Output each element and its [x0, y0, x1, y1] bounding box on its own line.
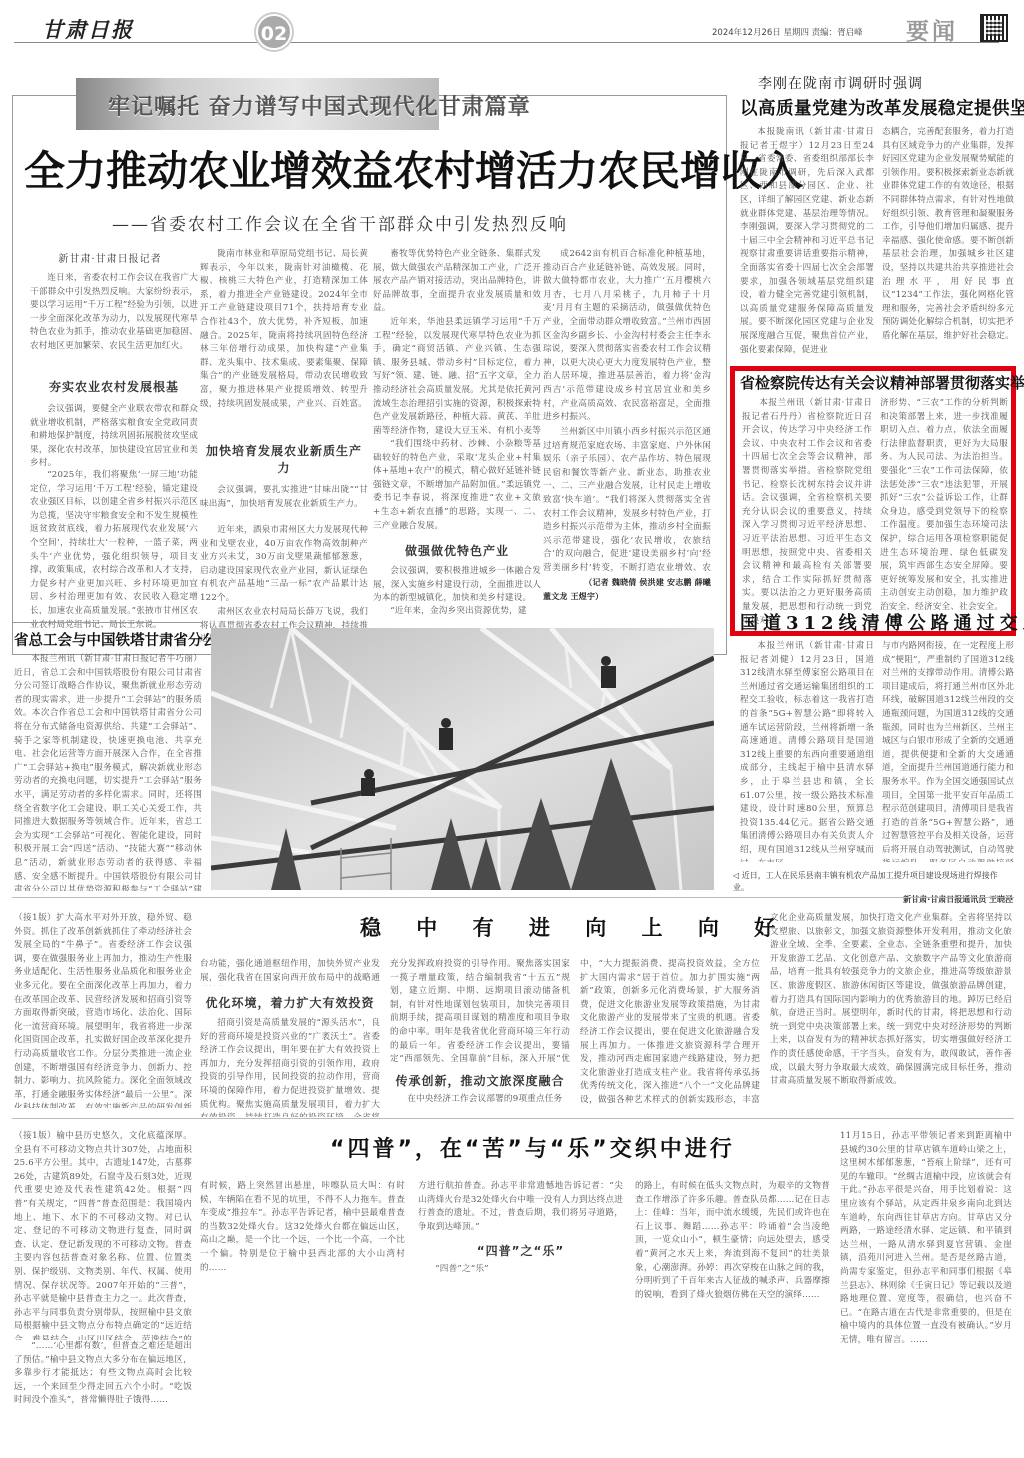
paragraph: 台功能，强化通道枢纽作用，加快外贸产业发展，强化我省在国家向西开放布局中的战略通… [200, 958, 380, 986]
lead-column-2: 陇南市林业和草原局党组书记、局长黄辉表示，今年以来，陇南针对油橄榄、花椒、核桃三… [200, 248, 368, 661]
banner-slogan: 牢记嘱托 奋力谱写中国式现代化甘肃篇章 [108, 90, 531, 121]
section3-column-3: 方进行航拍普查。孙志平非常遗憾地告诉记者：“尖山湾烽火台是32处烽火台中唯一没有… [418, 1180, 623, 1443]
paragraph: 陇南市林业和草原局党组书记、局长黄辉表示，今年以来，陇南针对油橄榄、花椒、核桃三… [200, 248, 368, 438]
paragraph: 充分发挥政府投资的引导作用。聚焦落实国家一揽子增量政策，结合编制我省“十五五”规… [390, 958, 570, 1066]
right-article-column-2: 态耦合，完善配套服务，着力打造具有区域竞争力的产业集群，发挥好园区党建为企业发展… [882, 126, 1014, 356]
section2-column-4: 中，“大力提振消费、提高投资效益，全方位扩大国内需求”居于首位。加力扩围实施“两… [580, 958, 760, 1108]
road-article-column-2: 与市内路网衔接，在一定程度上形成“梗阻”，严重制约了国道312线对兰州的支撑带动… [882, 640, 1014, 862]
newspaper-logo: 甘肃日报 [42, 14, 134, 44]
section-divider [12, 897, 1014, 898]
paragraph: 连日来，省委农村工作会议在我省广大干部群众中引发热烈反响。大家纷纷表示，要以学习… [30, 272, 198, 368]
paragraph: 成2642亩有机百合标准化种植基地，推动百合产业延链补链、高效发展。同时，做大做… [543, 248, 711, 426]
caption-text: ◁ 近日，工人在民乐县南丰镇有机农产品加工提升项目建设现场进行焊接作业。 [733, 871, 998, 892]
divider [12, 622, 202, 623]
section3-column-5: 11月15日，孙志平带领记者来到距离榆中县城约30公里的甘草店镇车道岭山梁之上，… [840, 1130, 1012, 1450]
steel-truss-illustration [211, 628, 714, 890]
paragraph: 会议强调，要积极推进城乡一体融合发展，深入实施乡村建设行动，全面推进以人为本的新… [373, 565, 541, 605]
section3-subheading: “四普”之“乐” [418, 1242, 623, 1259]
paragraph: 近年来，华池县柔远镇学习运用“千万工程”经验，以发展现代寒旱特色农业为抓手，确定… [373, 316, 541, 438]
highlighted-article-column-1: 本报兰州讯（新甘肃·甘肃日报记者石丹丹）省检察院近日召开会议，传达学习中央经济工… [742, 397, 872, 629]
section3-column-4: 的路上，有时候在低头文物点时，为艰辛的文物普查工作增添了许多乐趣。普查队员都……… [635, 1180, 830, 1450]
road-article-headline[interactable]: 国道312线清傅公路通过交工验收 [740, 609, 1024, 635]
paragraph: 兰州新区中川镇小西乡村振兴示范区通过培育规范家庭农场、丰富家庭、户外休闲娱乐（亲… [543, 426, 711, 576]
paragraph: 会议强调，要扎实推进“甘味出陇”“甘味出海”，加快培育发展农业新质生产力。 [200, 484, 368, 524]
lead-subheadline: ——省委农村工作会议在全省干部群众中引发热烈反响 [112, 210, 568, 235]
photo-credit: 新甘肃·甘肃日报通讯员 王晓泾 [733, 894, 1013, 906]
left-article-body: 本报兰州讯（新甘肃·甘肃日报记者牛巧丽）近日，省总工会和中国铁塔股份有限公司甘肃… [14, 653, 202, 891]
lead-headline[interactable]: 全力推动农业增效益农村增活力农民增收入 [24, 138, 714, 197]
qr-code-icon[interactable] [980, 14, 1008, 42]
paragraph: “2025年，我们将聚焦‘一屏三地’功能定位，学习运用‘千万工程’经验，锚定建设… [30, 469, 198, 647]
construction-photo[interactable] [211, 628, 714, 890]
paragraph: “……‘心里都有数’，但普查之难还是超出了预估。”榆中县文物点大多分布在偏远地区… [14, 1340, 192, 1450]
right-article-headline[interactable]: 以高质量党建为改革发展稳定提供坚强保证 [740, 95, 1024, 120]
lead-byline: 新甘肃·甘肃日报记者 [30, 250, 190, 265]
paragraph: “近年来，金沟乡突出资源优势，建 [373, 605, 541, 619]
right-article-column-1: 本报陇南讯（新甘肃·甘肃日报记者王煜宇）12月23日至24日，省委常委、省委组织… [740, 126, 874, 356]
lead-column-1: 连日来，省委农村工作会议在我省广大干部群众中引发热烈反响。大家纷纷表示，要以学习… [30, 272, 198, 647]
section2-column-3: 充分发挥政府投资的引导作用。聚焦落实国家一揽子增量政策，结合编制我省“十五五”规… [390, 958, 570, 1107]
paragraph: 方进行航拍普查。孙志平非常遗憾地告诉记者：“尖山湾烽火台是32处烽火台中唯一没有… [418, 1180, 623, 1236]
section2-subheading: 优化环境，着力扩大有效投资 [200, 994, 380, 1011]
lead-subheading: 加快培育发展农业新质生产力 [200, 442, 368, 476]
page-number-badge: 02 [256, 14, 292, 50]
section2-column-5: 文化企业高质量发展，加快打造文化产业集群。全省将坚持以文塑旅、以旅彰文，加强文旅… [770, 912, 1012, 1108]
reporter-credit: （记者 魏晓倩 侯洪建 安志鹏 薛曦 [543, 576, 711, 590]
road-article-column-1: 本报兰州讯（新甘肃·甘肃日报记者刘健）12月23日，国道312线清水驿至傅家窑公… [740, 640, 874, 862]
section-name: 要闻 [906, 13, 958, 46]
lead-subheading: 做强做优特色产业 [373, 542, 541, 559]
lead-subheading: 夯实农业农村发展根基 [30, 378, 198, 395]
section2-column-1: （接1版）扩大高水平对外开放，稳外贸、稳外资。抓住了改革创新就抓住了牵动经济社会… [14, 912, 192, 1108]
paragraph: 在中央经济工作会议部署的9项重点任务 [390, 1093, 570, 1107]
paragraph: “我们围绕中药材、沙棘、小杂粮等基础较好的特色产业，采取‘龙头企业+村集体+基地… [373, 438, 541, 534]
paragraph: 近年来，酒泉市肃州区大力发展现代种业和戈壁农业，40万亩农作物高效制种产业方兴未… [200, 524, 368, 606]
paragraph: 畜牧等优势特色产业全链条、集群式发展，做大做强农产品精深加工产业，广泛开展农产品… [373, 248, 541, 316]
paragraph: 招商引资是高质量发展的“源头活水”，良好的营商环境是投资兴业的“广袤沃土”。省委… [200, 1017, 380, 1117]
paragraph: “四普”之“乐” [418, 1263, 623, 1443]
right-article-kicker: 李刚在陇南市调研时强调 [758, 73, 923, 93]
section3-column-1: （接1版）榆中县历史悠久，文化底蕴深厚。全县有不可移动文物点共计307处，占地面… [14, 1130, 192, 1450]
photo-caption: ◁ 近日，工人在民乐县南丰镇有机农产品加工提升项目建设现场进行焊接作业。 新甘肃… [733, 870, 1013, 906]
paragraph: （接1版）榆中县历史悠久，文化底蕴深厚。全县有不可移动文物点共计307处，占地面… [14, 1130, 192, 1340]
highlighted-article-headline[interactable]: 省检察院传达有关会议精神部署贯彻落实举措 [740, 372, 1024, 393]
section2-column-2: 台功能，强化通道枢纽作用，加快外贸产业发展，强化我省在国家向西开放布局中的战略通… [200, 958, 380, 1117]
paragraph: 会议强调，要健全产业联农带农和群众就业增收机制，严格落实粮食安全党政同责和耕地保… [30, 403, 198, 469]
section3-column-2: 有时候，路上突然冒出悬崖，咔嚓队员大叫：有时候，车辆陷在看不见的坑里，不得不人力… [200, 1180, 405, 1450]
divider [735, 600, 1015, 601]
section2-subheading: 传承创新，推动文旅深度融合 [390, 1072, 570, 1089]
section-divider [12, 1118, 1014, 1119]
highlighted-article-column-2: 济形势、“三农”工作的分析判断和决策部署上来，进一步找准履职切入点、着力点，依法… [880, 397, 1008, 629]
masthead-divider [14, 42, 999, 43]
date-editor-line: 2024年12月26日 星期四 责编：胥启峰 [712, 26, 863, 38]
section2-headline[interactable]: 稳 中 有 进 向 上 向 好 [360, 912, 789, 942]
lead-column-4: 成2642亩有机百合标准化种植基地，推动百合产业延链补链、高效发展。同时，做大做… [543, 248, 711, 603]
reporter-credit: 董文龙 王煜宇） [543, 590, 711, 604]
lead-column-3: 畜牧等优势特色产业全链条、集群式发展，做大做强农产品精深加工产业，广泛开展农产品… [373, 248, 541, 619]
section3-headline[interactable]: “四普”，在“苦”与“乐”交织中进行 [330, 1132, 735, 1163]
